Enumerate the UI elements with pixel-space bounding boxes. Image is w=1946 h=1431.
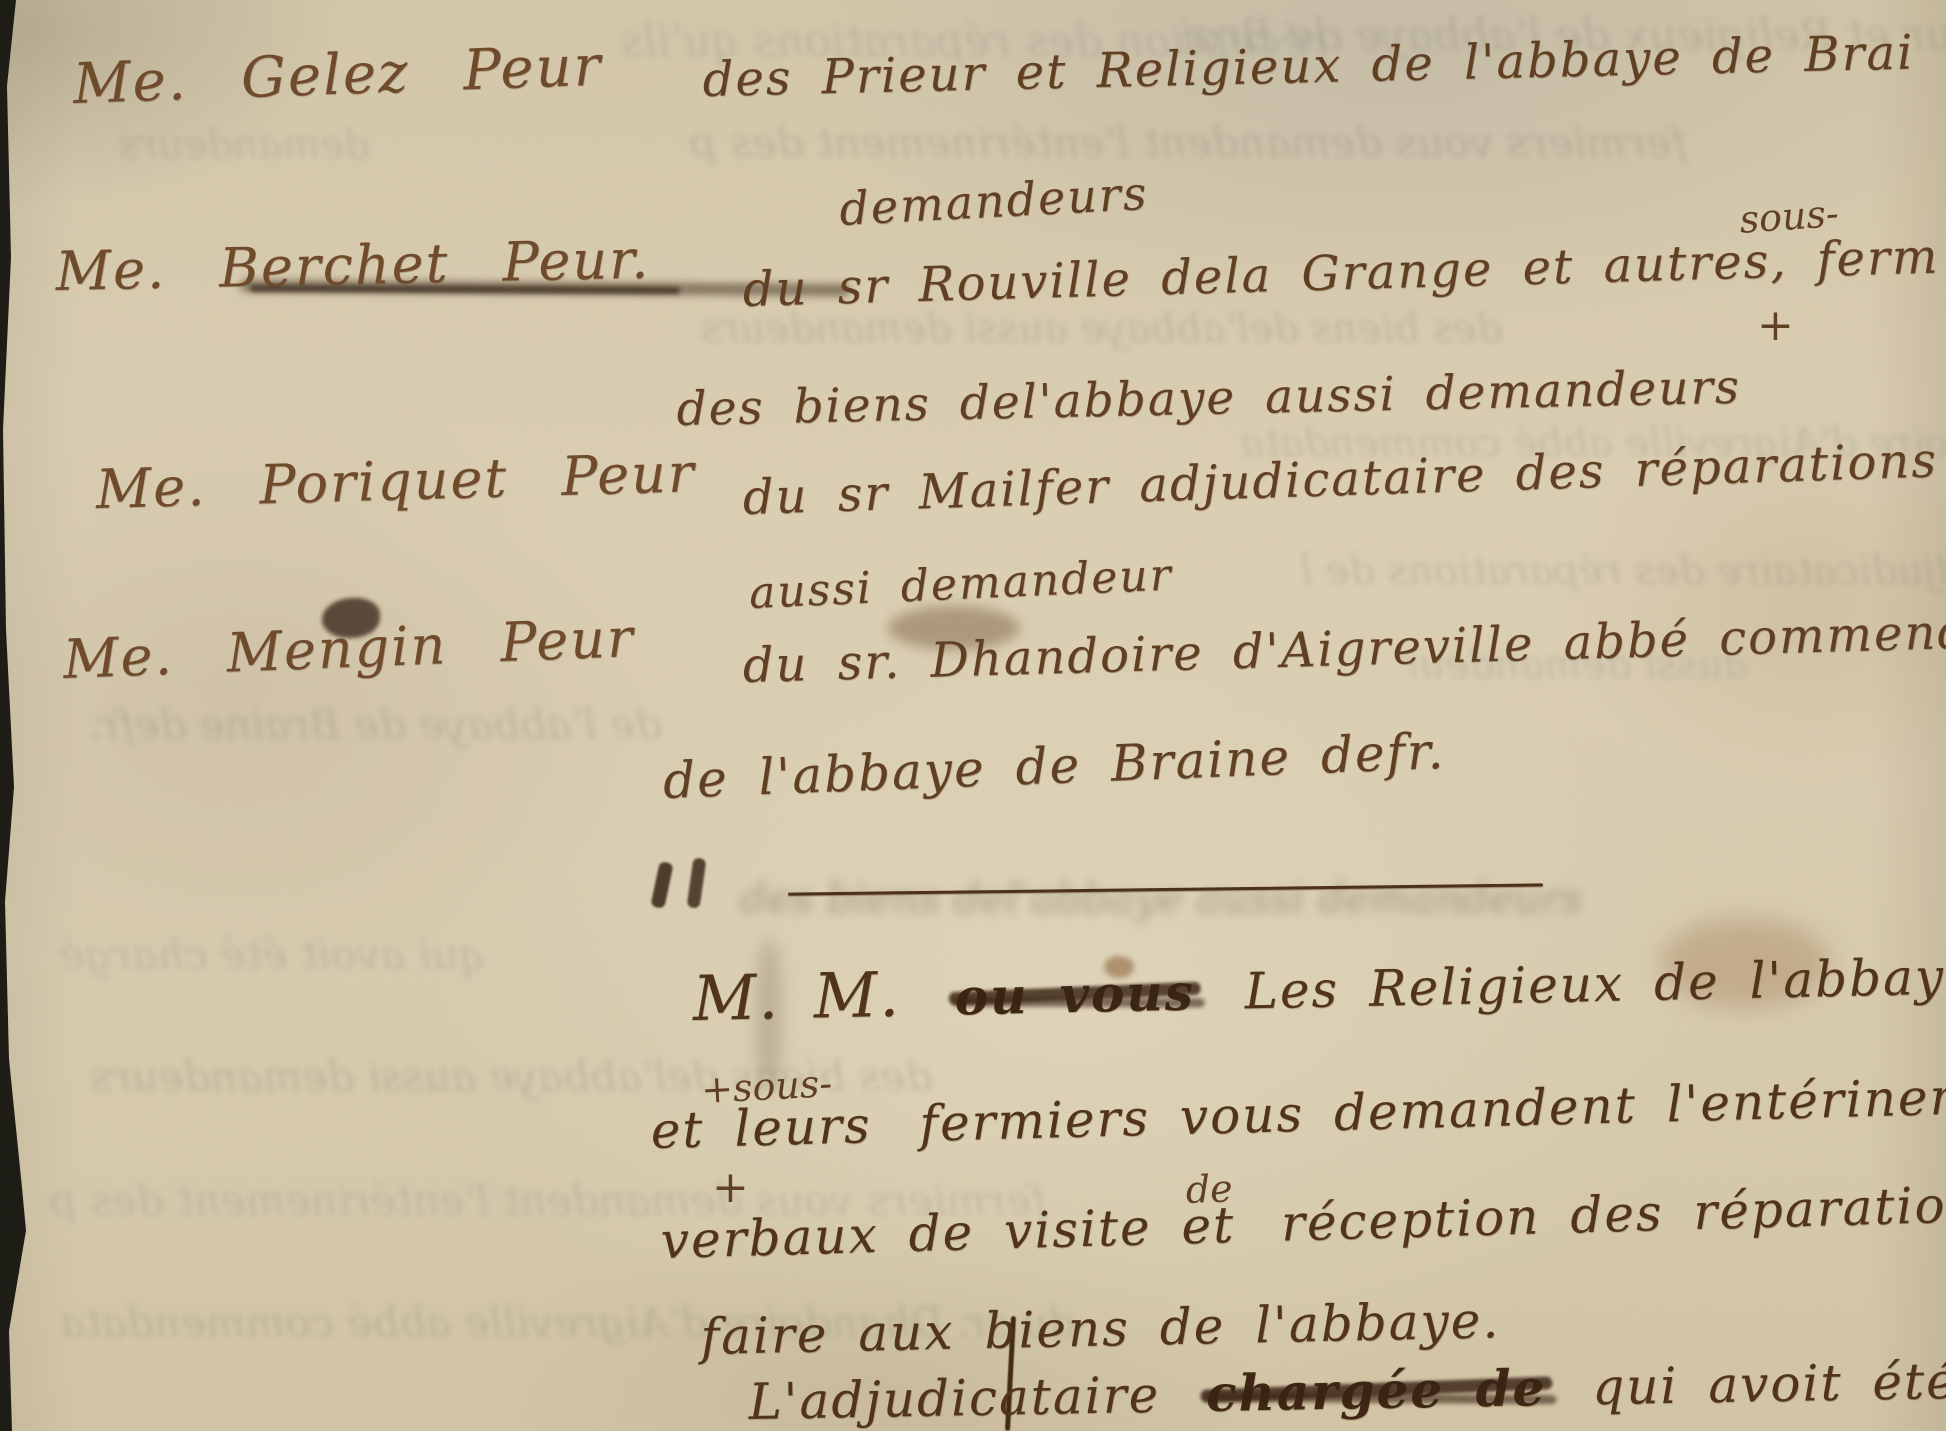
manuscript-page: des Prieur et Religieux de l'abbaye de B…: [0, 0, 1946, 1431]
body-line-text: fermiers vous demandent l'entérinement d…: [919, 1060, 1946, 1153]
page-torn-edge: [0, 0, 30, 1431]
interlinear-insertion-de: de: [1185, 1166, 1233, 1212]
counsel-name: Me. Gelez Peur: [72, 34, 603, 117]
counsel-name: Me. Berchet Peur.: [55, 228, 651, 303]
bleed-through-text: qui avoit été chargé: [60, 930, 486, 979]
body-line-text: Les Religieux de l'abbaye de Brai: [1244, 942, 1946, 1020]
party-line: demandeurs: [838, 166, 1150, 236]
struck-out-words: chargée de: [1206, 1358, 1547, 1423]
party-line: aussi demandeur: [748, 550, 1174, 619]
body-line-text: qui avoit été chargé: [1592, 1348, 1946, 1416]
pen-dash: [650, 861, 673, 909]
struck-out-words: ou vous: [954, 962, 1195, 1026]
bleed-through-text: fermiers vous demandent l'entérinement d…: [690, 118, 1687, 167]
bleed-through-text: de l'abbaye de Braine defr.: [90, 700, 662, 749]
bleed-through-text: demandeurs: [118, 122, 370, 168]
counsel-name: Me. Mengin Peur: [62, 606, 636, 691]
body-line: M. M. ou vous Les Religieux de l'abbaye …: [692, 930, 1946, 1035]
party-line: du sr. Dhandoire d'Aigreville abbé comme…: [742, 601, 1946, 694]
counsel-name: Me. Poriquet Peur: [95, 441, 696, 521]
bleed-through-text: du sr Mailfer adjudicataire des réparati…: [1300, 548, 1946, 594]
body-line-prefix: L'adjudicataire: [748, 1366, 1161, 1431]
party-line: de l'abbaye de Braine defr.: [662, 722, 1446, 810]
body-line-prefix: M. M.: [692, 958, 902, 1035]
insertion-caret: +: [712, 1162, 749, 1213]
interlinear-insertion-sous: +sous-: [700, 1061, 833, 1112]
scribbled-out-text: des biens del'abbaye aussi demandeurs: [740, 874, 1582, 923]
body-line-text: réception des réparations qu'ils: [1280, 1169, 1946, 1252]
pen-dash: [687, 857, 707, 908]
insertion-caret: +: [1757, 300, 1794, 351]
interlinear-insertion-sous: sous-: [1738, 191, 1840, 242]
